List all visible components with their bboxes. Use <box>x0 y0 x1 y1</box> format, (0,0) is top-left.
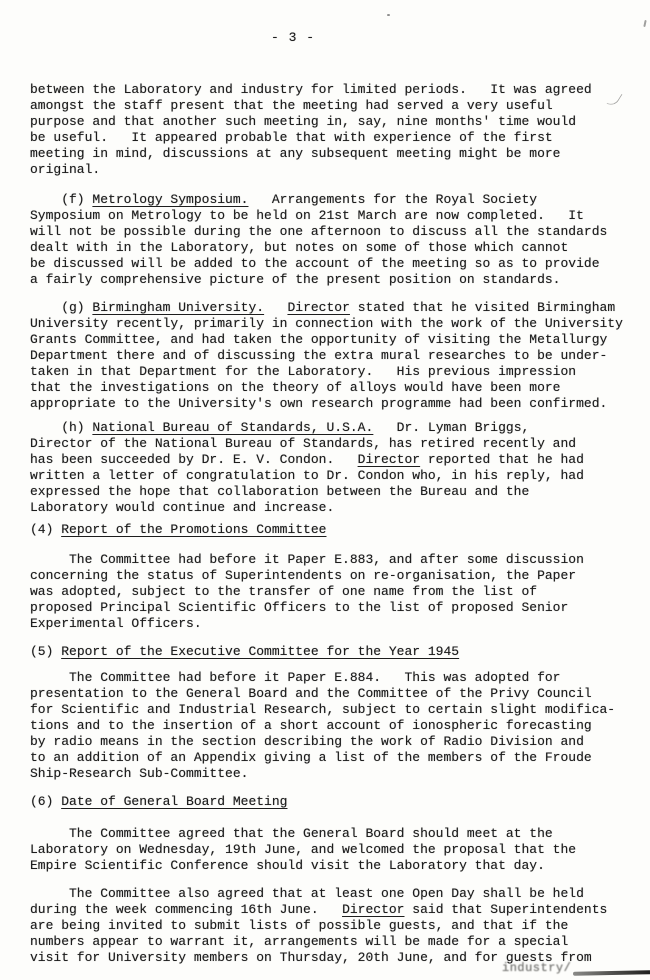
text-segment: purpose and that another such meeting in… <box>30 114 576 129</box>
text-segment: stated that he visited Birmingham <box>350 300 615 315</box>
text-line: was adopted, subject to the transfer of … <box>30 584 622 600</box>
text-segment: Empire Scientific Conference should visi… <box>30 858 545 873</box>
text-segment: (5) <box>30 644 61 659</box>
page-number: - 3 - <box>0 30 589 46</box>
text-line: Empire Scientific Conference should visi… <box>30 858 622 874</box>
text-segment: Ship-Research Sub-Committee. <box>30 766 248 781</box>
text-segment: University recently, primarily in connec… <box>30 316 623 331</box>
catchword: industry/ <box>502 960 571 976</box>
text-line: Laboratory would continue and increase. <box>30 500 622 516</box>
text-line: (h) National Bureau of Standards, U.S.A.… <box>30 420 622 436</box>
text-line: The Committee had before it Paper E.884.… <box>30 670 622 686</box>
text-segment: concerning the status of Superintendents… <box>30 568 576 583</box>
ink-speck-top <box>387 14 390 16</box>
text-segment: The Committee had before it Paper E.884.… <box>30 670 561 685</box>
text-line: Director of the National Bureau of Stand… <box>30 436 622 452</box>
text-line: The Committee agreed that the General Bo… <box>30 826 622 842</box>
text-line: Ship-Research Sub-Committee. <box>30 766 622 782</box>
underlined-text: Report of the Executive Committee for th… <box>61 644 459 659</box>
section-6-heading: (6) Date of General Board Meeting <box>30 794 622 810</box>
text-segment: written a letter of congratulation to Dr… <box>30 468 584 483</box>
text-segment: will not be possible during the one afte… <box>30 224 607 239</box>
underlined-text: Date of General Board Meeting <box>61 794 287 809</box>
underlined-text: Metrology Symposium. <box>92 192 248 207</box>
text-line: expressed the hope that collaboration be… <box>30 484 622 500</box>
item-h-paragraph: (h) National Bureau of Standards, U.S.A.… <box>30 420 622 516</box>
text-segment: has been succeeded by Dr. E. V. Condon. <box>30 452 358 467</box>
text-line: for Scientific and Industrial Research, … <box>30 702 622 718</box>
underlined-text: National Bureau of Standards, U.S.A. <box>92 420 373 435</box>
text-segment: Dr. Lyman Briggs, <box>373 420 529 435</box>
text-line: be discussed will be added to the accoun… <box>30 256 622 272</box>
text-line: to an addition of an Appendix giving a l… <box>30 750 622 766</box>
text-segment: (h) <box>30 420 92 435</box>
text-line: dealt with in the Laboratory, but notes … <box>30 240 622 256</box>
text-segment: The Committee also agreed that at least … <box>30 886 584 901</box>
text-line: between the Laboratory and industry for … <box>30 82 622 98</box>
item-g-paragraph: (g) Birmingham University. Director stat… <box>30 300 622 412</box>
text-line: (g) Birmingham University. Director stat… <box>30 300 622 316</box>
text-line: purpose and that another such meeting in… <box>30 114 622 130</box>
text-segment: numbers appear to warrant it, arrangemen… <box>30 934 568 949</box>
text-segment: presentation to the General Board and th… <box>30 686 592 701</box>
text-segment: be discussed will be added to the accoun… <box>30 256 600 271</box>
text-segment: dealt with in the Laboratory, but notes … <box>30 240 568 255</box>
text-segment: tions and to the insertion of a short ac… <box>30 718 592 733</box>
text-segment: amongst the staff present that the meeti… <box>30 98 553 113</box>
text-segment: by radio means in the section describing… <box>30 734 584 749</box>
text-line: numbers appear to warrant it, arrangemen… <box>30 934 622 950</box>
text-line: by radio means in the section describing… <box>30 734 622 750</box>
text-segment: said that Superintendents <box>404 902 607 917</box>
document-page: - 3 - between the Laboratory and industr… <box>0 0 650 980</box>
text-line: University recently, primarily in connec… <box>30 316 622 332</box>
text-segment: that the investigations on the theory of… <box>30 380 561 395</box>
section-6-paragraph-1: The Committee agreed that the General Bo… <box>30 826 622 874</box>
text-line: a fairly comprehensive picture of the pr… <box>30 272 622 288</box>
text-line: concerning the status of Superintendents… <box>30 568 622 584</box>
underlined-text: Report of the Promotions Committee <box>61 522 326 537</box>
text-line: meeting in mind, discussions at any subs… <box>30 146 622 162</box>
text-line: Experimental Officers. <box>30 616 622 632</box>
text-segment: taken in that Department for the Laborat… <box>30 364 576 379</box>
text-segment: Arrangements for the Royal Society <box>248 192 537 207</box>
text-segment: Director of the National Bureau of Stand… <box>30 436 576 451</box>
item-f-paragraph: (f) Metrology Symposium. Arrangements fo… <box>30 192 622 288</box>
text-segment: was adopted, subject to the transfer of … <box>30 584 537 599</box>
text-segment: to an addition of an Appendix giving a l… <box>30 750 592 765</box>
text-line: taken in that Department for the Laborat… <box>30 364 622 380</box>
text-line: (4) Report of the Promotions Committee <box>30 522 622 538</box>
text-line: tions and to the insertion of a short ac… <box>30 718 622 734</box>
section-6-paragraph-2: The Committee also agreed that at least … <box>30 886 622 966</box>
intro-paragraph: between the Laboratory and industry for … <box>30 82 622 178</box>
text-line: The Committee had before it Paper E.883,… <box>30 552 622 568</box>
underlined-text: Director <box>287 300 349 315</box>
text-line: has been succeeded by Dr. E. V. Condon. … <box>30 452 622 468</box>
text-segment: between the Laboratory and industry for … <box>30 82 592 97</box>
section-4-heading: (4) Report of the Promotions Committee <box>30 522 622 538</box>
text-segment: The Committee agreed that the General Bo… <box>30 826 553 841</box>
text-segment: (f) <box>30 192 92 207</box>
text-segment: reported that he had <box>420 452 584 467</box>
text-line: Grants Committee, and had taken the oppo… <box>30 332 622 348</box>
text-segment: Experimental Officers. <box>30 616 202 631</box>
underlined-text: Birmingham University. <box>92 300 264 315</box>
section-5-paragraph: The Committee had before it Paper E.884.… <box>30 670 622 782</box>
text-line: original. <box>30 162 622 178</box>
text-segment: for Scientific and Industrial Research, … <box>30 702 615 717</box>
text-line: appropriate to the University's own rese… <box>30 396 622 412</box>
text-line: (6) Date of General Board Meeting <box>30 794 622 810</box>
text-line: amongst the staff present that the meeti… <box>30 98 622 114</box>
text-segment: during the week commencing 16th June. <box>30 902 342 917</box>
text-segment: (4) <box>30 522 61 537</box>
section-5-heading: (5) Report of the Executive Committee fo… <box>30 644 622 660</box>
underlined-text: Director <box>342 902 404 917</box>
text-segment: meeting in mind, discussions at any subs… <box>30 146 561 161</box>
section-4-paragraph: The Committee had before it Paper E.883,… <box>30 552 622 632</box>
text-line: that the investigations on the theory of… <box>30 380 622 396</box>
text-line: presentation to the General Board and th… <box>30 686 622 702</box>
text-line: during the week commencing 16th June. Di… <box>30 902 622 918</box>
text-segment <box>264 300 287 315</box>
text-segment: The Committee had before it Paper E.883,… <box>30 552 584 567</box>
text-line: Laboratory on Wednesday, 19th June, and … <box>30 842 622 858</box>
text-line: (5) Report of the Executive Committee fo… <box>30 644 622 660</box>
text-segment: appropriate to the University's own rese… <box>30 396 607 411</box>
text-segment: a fairly comprehensive picture of the pr… <box>30 272 561 287</box>
text-segment: original. <box>30 162 100 177</box>
text-line: Symposium on Metrology to be held on 21s… <box>30 208 622 224</box>
text-segment: Symposium on Metrology to be held on 21s… <box>30 208 584 223</box>
ink-smear <box>573 970 650 976</box>
text-segment: expressed the hope that collaboration be… <box>30 484 529 499</box>
text-segment: Laboratory would continue and increase. <box>30 500 334 515</box>
text-segment: be useful. It appeared probable that wit… <box>30 130 553 145</box>
text-segment: Laboratory on Wednesday, 19th June, and … <box>30 842 576 857</box>
text-line: Department there and of discussing the e… <box>30 348 622 364</box>
text-line: (f) Metrology Symposium. Arrangements fo… <box>30 192 622 208</box>
text-line: will not be possible during the one afte… <box>30 224 622 240</box>
underlined-text: Director <box>358 452 420 467</box>
text-line: written a letter of congratulation to Dr… <box>30 468 622 484</box>
text-line: proposed Principal Scientific Officers t… <box>30 600 622 616</box>
text-segment: Grants Committee, and had taken the oppo… <box>30 332 607 347</box>
text-line: be useful. It appeared probable that wit… <box>30 130 622 146</box>
text-segment: (g) <box>30 300 92 315</box>
text-segment: proposed Principal Scientific Officers t… <box>30 600 568 615</box>
text-segment: Department there and of discussing the e… <box>30 348 607 363</box>
text-line: are being invited to submit lists of pos… <box>30 918 622 934</box>
text-line: The Committee also agreed that at least … <box>30 886 622 902</box>
text-segment: are being invited to submit lists of pos… <box>30 918 568 933</box>
ink-speck-right-margin <box>643 20 646 27</box>
text-segment: (6) <box>30 794 61 809</box>
